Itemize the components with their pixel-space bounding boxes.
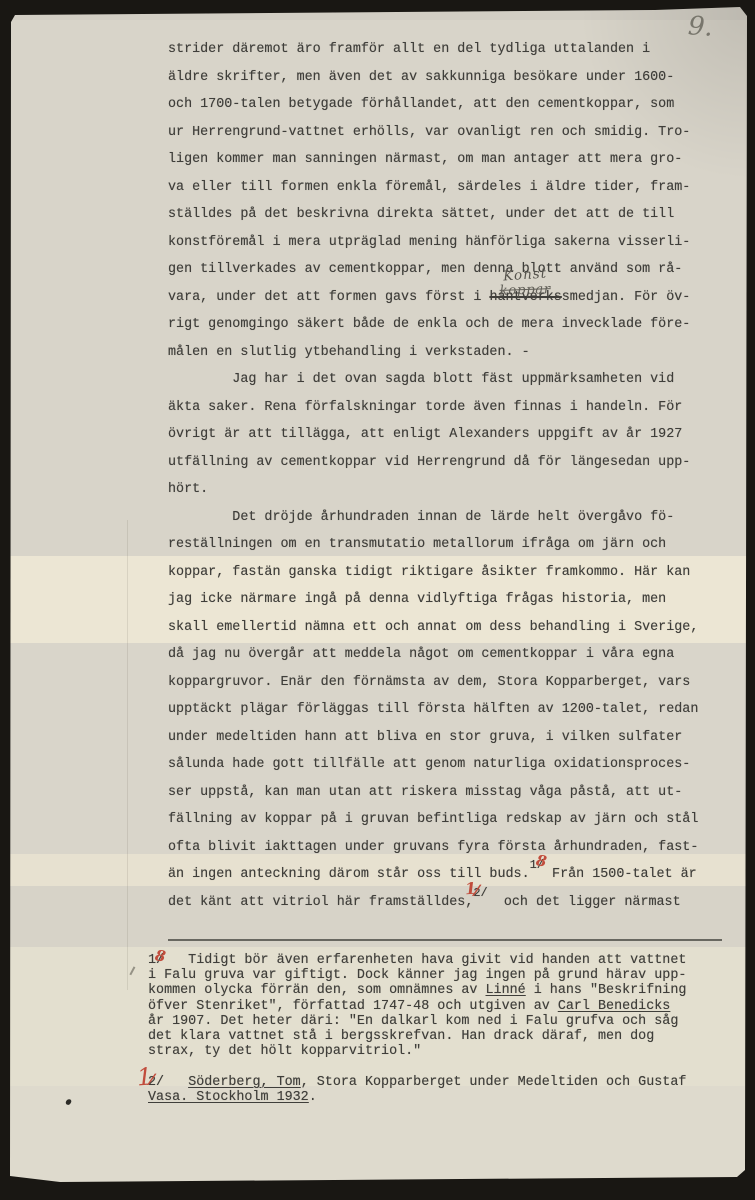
text-line: kommen olycka förrän den, som omnämnes a… bbox=[148, 983, 720, 998]
text-line: Jag har i det ovan sagda blott fäst uppm… bbox=[168, 366, 708, 394]
red-annotation: / bbox=[148, 1072, 156, 1088]
text-line: koppar, fastän ganska tidigt riktigare å… bbox=[168, 559, 708, 587]
photo-background: 9. strider däremot äro framför allt en d… bbox=[0, 0, 755, 1200]
text-line: äldre skrifter, men även det av sakkunni… bbox=[168, 64, 708, 92]
footnote-reference: 1/8 bbox=[148, 953, 164, 968]
text-line: Det dröjde århundraden innan de lärde he… bbox=[168, 504, 708, 532]
text-line: rigt genomgingo säkert både de enkla och… bbox=[168, 311, 708, 339]
footnotes: 1/8 Tidigt bör även erfarenheten hava gi… bbox=[148, 953, 720, 1105]
text-line: sålunda hade gott tillfälle att genom na… bbox=[168, 751, 708, 779]
text-line: upptäckt plägar förläggas till första hä… bbox=[168, 696, 708, 724]
text-segment bbox=[164, 1075, 188, 1090]
text-segment: och det ligger närmast bbox=[488, 895, 681, 910]
footnote-separator bbox=[168, 939, 722, 941]
text-segment: vara, under det att formen gavs först i bbox=[168, 290, 489, 305]
text-segment: Tidigt bör även erfarenheten hava givit … bbox=[164, 953, 686, 968]
footnote-reference: 2/1/ bbox=[148, 1075, 164, 1090]
struck-text: hantverksKonstkoppar bbox=[489, 284, 561, 312]
text-line: och 1700-talen betygade förhållandet, at… bbox=[168, 91, 708, 119]
text-line: konstföremål i mera utpräglad mening hän… bbox=[168, 229, 708, 257]
text-segment: kommen olycka förrän den, som omnämnes a… bbox=[148, 983, 486, 998]
ink-speck bbox=[65, 1098, 72, 1106]
underlined-text: Vasa. Stockholm 1932 bbox=[148, 1090, 309, 1105]
text-line: 1/8 Tidigt bör även erfarenheten hava gi… bbox=[148, 953, 720, 968]
text-line: det klara vattnet stå i bergsskrefvan. H… bbox=[148, 1029, 720, 1044]
text-line bbox=[148, 1059, 720, 1074]
text-line: 2/1/ Söderberg, Tom, Stora Kopparberget … bbox=[148, 1075, 720, 1090]
text-line: det känt att vitriol här framställdes,2/… bbox=[168, 889, 708, 917]
text-segment: i hans "Beskrifning bbox=[526, 983, 687, 998]
underlined-text: Linné bbox=[486, 983, 526, 998]
document-page: 9. strider däremot äro framför allt en d… bbox=[0, 0, 755, 1200]
text-line: hört. bbox=[168, 476, 708, 504]
text-line: ställdes på det beskrivna direkta sättet… bbox=[168, 201, 708, 229]
pencil-mark bbox=[129, 966, 141, 978]
red-annotation: / bbox=[472, 877, 481, 905]
text-line: strax, ty det hölt kopparvitriol." bbox=[148, 1044, 720, 1059]
text-segment: Från 1500-talet är bbox=[544, 867, 697, 882]
text-segment: , Stora Kopparberget under Medeltiden oc… bbox=[301, 1075, 687, 1090]
text-line: reställningen om en transmutatio metallo… bbox=[168, 531, 708, 559]
text-line: gen tillverkades av cementkoppar, men de… bbox=[168, 256, 708, 284]
text-line: då jag nu övergår att meddela något om c… bbox=[168, 641, 708, 669]
body-text: strider däremot äro framför allt en del … bbox=[168, 36, 708, 916]
paper-crease-vertical bbox=[127, 520, 128, 990]
text-segment: det känt att vitriol här framställdes, bbox=[168, 895, 473, 910]
text-line: år 1907. Det heter däri: "En dalkarl kom… bbox=[148, 1014, 720, 1029]
text-line: ligen kommer man sanningen närmast, om m… bbox=[168, 146, 708, 174]
underlined-text: Söderberg, Tom bbox=[188, 1075, 301, 1090]
text-line: i Falu gruva var giftigt. Dock känner ja… bbox=[148, 968, 720, 983]
text-line: ser uppstå, kan man utan att riskera mis… bbox=[168, 779, 708, 807]
text-line: jag icke närmare ingå på denna vidlyftig… bbox=[168, 586, 708, 614]
text-line: ofta blivit iakttagen under gruvans fyra… bbox=[168, 834, 708, 862]
text-line: vara, under det att formen gavs först i … bbox=[168, 284, 708, 312]
text-line: än ingen anteckning därom står oss till … bbox=[168, 861, 708, 889]
text-line: Vasa. Stockholm 1932. bbox=[148, 1090, 720, 1105]
text-line: öfver Stenriket", författad 1747-48 och … bbox=[148, 999, 720, 1014]
text-segment: öfver Stenriket", författad 1747-48 och … bbox=[148, 999, 558, 1014]
text-line: äkta saker. Rena förfalskningar torde äv… bbox=[168, 394, 708, 422]
underlined-text: Carl Benedicks bbox=[558, 999, 671, 1014]
text-line: va eller till formen enkla föremål, särd… bbox=[168, 174, 708, 202]
text-line: målen en slutlig ytbehandling i verkstad… bbox=[168, 339, 708, 367]
text-segment: . bbox=[309, 1090, 317, 1105]
footnote-reference: 1/8 bbox=[530, 852, 544, 880]
text-segment: smedjan. För öv- bbox=[562, 290, 691, 305]
text-line: utfällning av cementkoppar vid Herrengru… bbox=[168, 449, 708, 477]
text-line: ur Herrengrund-vattnet erhölls, var ovan… bbox=[168, 119, 708, 147]
text-line: koppargruvor. Enär den förnämsta av dem,… bbox=[168, 669, 708, 697]
text-line: skall emellertid nämna ett och annat om … bbox=[168, 614, 708, 642]
text-line: under medeltiden hann att bliva en stor … bbox=[168, 724, 708, 752]
text-line: strider däremot äro framför allt en del … bbox=[168, 36, 708, 64]
handwritten-word-crossed: koppar bbox=[489, 281, 562, 298]
text-line: övrigt är att tillägga, att enligt Alexa… bbox=[168, 421, 708, 449]
footnote-reference: 2/1/ bbox=[473, 880, 487, 908]
text-line: fällning av koppar på i gruvan befintlig… bbox=[168, 806, 708, 834]
